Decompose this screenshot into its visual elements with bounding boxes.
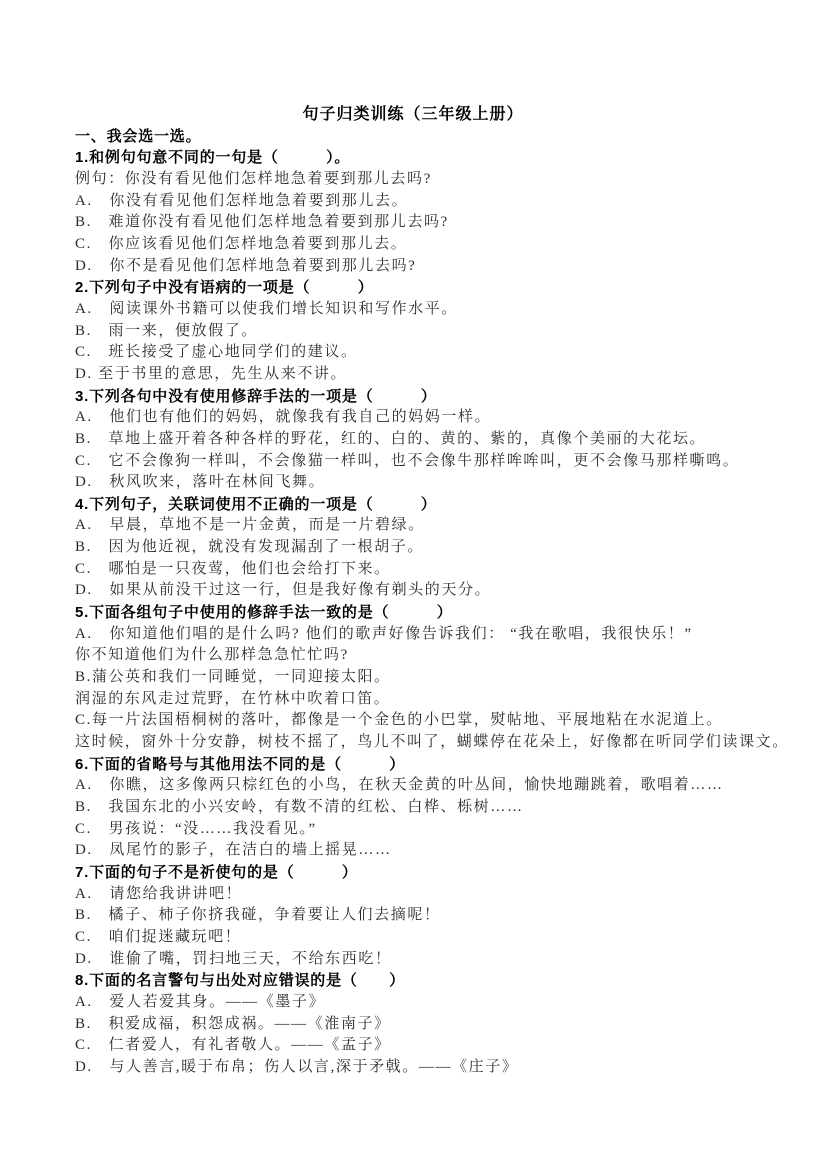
question-header: 8.下面的名言警句与出处对应错误的是（ ） <box>75 970 826 992</box>
text-line: B.蒲公英和我们一同睡觉，一同迎接太阳。 <box>75 667 826 689</box>
text-line: A. 早晨，草地不是一片金黄，而是一片碧绿。 <box>75 515 826 537</box>
text-line: D. 至于书里的意思，先生从来不讲。 <box>75 364 826 386</box>
text-line: C. 班长接受了虚心地同学们的建议。 <box>75 342 826 364</box>
text-line: 例句：你没有看见他们怎样地急着要到那儿去吗? <box>75 169 826 191</box>
question-header: 1.和例句句意不同的一句是（ ）。 <box>75 147 826 169</box>
text-line: C. 仁者爱人，有礼者敬人。——《孟子》 <box>75 1035 826 1057</box>
text-line: C. 男孩说：“没……我没看见。” <box>75 819 826 841</box>
text-line: B. 积爱成福，积怨成祸。——《淮南子》 <box>75 1014 826 1036</box>
text-line: B. 难道你没有看见他们怎样地急着要到那儿去吗? <box>75 212 826 234</box>
text-line: B. 雨一来，便放假了。 <box>75 321 826 343</box>
text-line: A. 你没有看见他们怎样地急着要到那儿去。 <box>75 191 826 213</box>
text-line: D. 凤尾竹的影子，在洁白的墙上摇晃…… <box>75 840 826 862</box>
question-header: 4.下列句子，关联词使用不正确的一项是（ ） <box>75 494 826 516</box>
text-line: C. 哪怕是一只夜莺，他们也会给打下来。 <box>75 559 826 581</box>
question-header: 7.下面的句子不是祈使句的是（ ） <box>75 862 826 884</box>
text-line: D. 秋风吹来，落叶在林间飞舞。 <box>75 472 826 494</box>
text-line: A. 请您给我讲讲吧！ <box>75 884 826 906</box>
text-line: A. 你知道他们唱的是什么吗? 他们的歌声好像告诉我们： “我在歌唱，我很快乐！… <box>75 624 826 646</box>
question-header: 2.下列句子中没有语病的一项是（ ） <box>75 277 826 299</box>
text-line: A. 爱人若爱其身。——《墨子》 <box>75 992 826 1014</box>
question-header: 6.下面的省略号与其他用法不同的是（ ） <box>75 754 826 776</box>
text-line: 你不知道他们为什么那样急急忙忙吗? <box>75 645 826 667</box>
text-line: 这时候，窗外十分安静，树枝不摇了，鸟儿不叫了，蝴蝶停在花朵上，好像都在听同学们读… <box>75 732 826 754</box>
text-line: A. 你瞧，这多像两只棕红色的小鸟，在秋天金黄的叶丛间，愉快地蹦跳着，歌唱着…… <box>75 775 826 797</box>
text-line: D. 与人善言,暖于布帛；伤人以言,深于矛戟。——《庄子》 <box>75 1057 826 1079</box>
text-line: D. 如果从前没干过这一行，但是我好像有剃头的天分。 <box>75 580 826 602</box>
text-line: C. 咱们捉迷藏玩吧！ <box>75 927 826 949</box>
text-line: B. 因为他近视，就没有发现漏刮了一根胡子。 <box>75 537 826 559</box>
text-line: A. 他们也有他们的妈妈，就像我有我自己的妈妈一样。 <box>75 407 826 429</box>
text-line: D. 你不是看见他们怎样地急着要到那儿去吗? <box>75 256 826 278</box>
text-line: B. 草地上盛开着各种各样的野花，红的、白的、黄的、紫的，真像个美丽的大花坛。 <box>75 429 826 451</box>
text-line: C.每一片法国梧桐树的落叶，都像是一个金色的小巴掌，熨帖地、平展地粘在水泥道上。 <box>75 710 826 732</box>
section-header: 一、我会选一选。 <box>75 126 826 148</box>
text-line: D. 谁偷了嘴，罚扫地三天，不给东西吃！ <box>75 949 826 971</box>
text-line: C. 你应该看见他们怎样地急着要到那儿去。 <box>75 234 826 256</box>
text-line: C. 它不会像狗一样叫，不会像猫一样叫，也不会像牛那样哞哞叫，更不会像马那样嘶鸣… <box>75 451 826 473</box>
page-title: 句子归类训练（三年级上册） <box>0 104 826 126</box>
worksheet-page: 句子归类训练（三年级上册） 一、我会选一选。1.和例句句意不同的一句是（ ）。例… <box>0 0 826 1169</box>
text-line: 润湿的东风走过荒野，在竹林中吹着口笛。 <box>75 689 826 711</box>
question-header: 3.下列各句中没有使用修辞手法的一项是（ ） <box>75 386 826 408</box>
question-header: 5.下面各组句子中使用的修辞手法一致的是（ ） <box>75 602 826 624</box>
document-lines: 一、我会选一选。1.和例句句意不同的一句是（ ）。例句：你没有看见他们怎样地急着… <box>0 126 826 1079</box>
text-line: A. 阅读课外书籍可以使我们增长知识和写作水平。 <box>75 299 826 321</box>
text-line: B. 我国东北的小兴安岭，有数不清的红松、白桦、栎树…… <box>75 797 826 819</box>
text-line: B. 橘子、柿子你挤我碰，争着要让人们去摘呢！ <box>75 905 826 927</box>
